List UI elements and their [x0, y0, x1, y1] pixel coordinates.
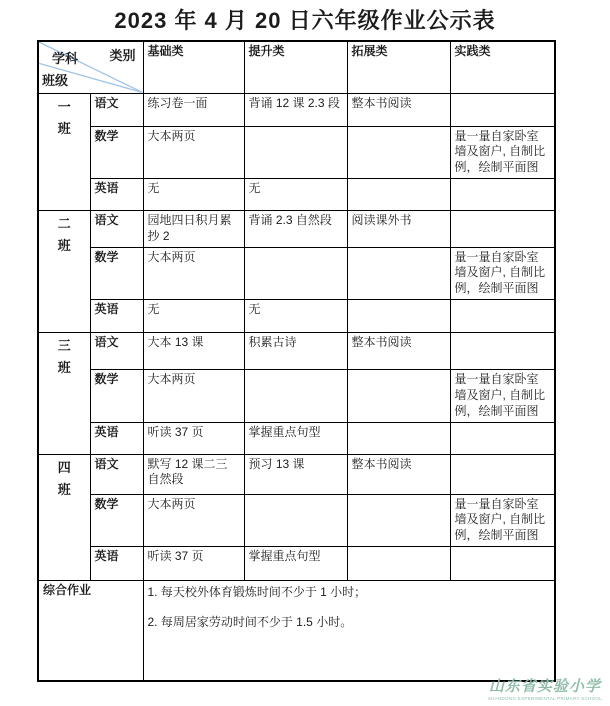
homework-cell [347, 300, 450, 333]
column-header-expand: 拓展类 [347, 41, 450, 93]
homework-cell [347, 422, 450, 454]
homework-cell: 掌握重点句型 [244, 547, 347, 581]
homework-cell: 阅读课外书 [347, 210, 450, 247]
homework-cell: 无 [244, 178, 347, 210]
corner-label-subject: 学科 [52, 50, 78, 67]
summary-row: 综合作业 1. 每天校外体育锻炼时间不少于 1 小时； 2. 每周居家劳动时间不… [38, 581, 555, 681]
subject-label: 数学 [90, 247, 143, 299]
homework-cell: 练习卷一面 [143, 93, 244, 126]
column-header-practice: 实践类 [450, 41, 555, 93]
homework-cell [244, 494, 347, 546]
homework-cell: 量一量自家卧室墙及窗户, 自制比例，绘制平面图 [450, 126, 555, 178]
homework-cell [347, 547, 450, 581]
school-watermark: 山东省实验小学 SHANDONG EXPERIMENTAL PRIMARY SC… [488, 679, 602, 702]
subject-label: 数学 [90, 370, 143, 422]
homework-cell [244, 247, 347, 299]
corner-label-class: 班级 [42, 72, 68, 89]
homework-cell [347, 126, 450, 178]
homework-cell [347, 494, 450, 546]
homework-cell: 无 [244, 300, 347, 333]
homework-cell: 大本 13 课 [143, 333, 244, 370]
homework-cell: 听读 37 页 [143, 547, 244, 581]
table-row: 英语 无 无 [38, 300, 555, 333]
homework-cell [450, 547, 555, 581]
table-row: 数学 大本两页 量一量自家卧室墙及窗户, 自制比例，绘制平面图 [38, 494, 555, 546]
homework-cell [450, 178, 555, 210]
table-row: 四班 语文 默写 12 课二三自然段 预习 13 课 整本书阅读 [38, 454, 555, 494]
homework-cell [450, 422, 555, 454]
class-label: 四班 [38, 454, 90, 580]
homework-cell: 积累古诗 [244, 333, 347, 370]
table-row: 数学 大本两页 量一量自家卧室墙及窗户, 自制比例，绘制平面图 [38, 247, 555, 299]
table-row: 英语 听读 37 页 掌握重点句型 [38, 547, 555, 581]
table-row: 三班 语文 大本 13 课 积累古诗 整本书阅读 [38, 333, 555, 370]
homework-cell: 背诵 2.3 自然段 [244, 210, 347, 247]
homework-cell: 大本两页 [143, 494, 244, 546]
subject-label: 语文 [90, 93, 143, 126]
watermark-chinese-name: 山东省实验小学 [488, 679, 602, 696]
homework-cell: 量一量自家卧室墙及窗户, 自制比例，绘制平面图 [450, 494, 555, 546]
homework-cell [450, 333, 555, 370]
subject-label: 数学 [90, 494, 143, 546]
homework-cell: 整本书阅读 [347, 454, 450, 494]
homework-cell [244, 370, 347, 422]
summary-item: 2. 每周居家劳动时间不少于 1.5 小时。 [148, 615, 551, 631]
subject-label: 英语 [90, 422, 143, 454]
page-title: 2023 年 4 月 20 日六年级作业公示表 [0, 4, 610, 35]
homework-cell [450, 300, 555, 333]
subject-label: 语文 [90, 454, 143, 494]
table-row: 一班 语文 练习卷一面 背诵 12 课 2.3 段 整本书阅读 [38, 93, 555, 126]
homework-cell: 大本两页 [143, 370, 244, 422]
homework-cell [347, 178, 450, 210]
column-header-basic: 基础类 [143, 41, 244, 93]
homework-cell: 预习 13 课 [244, 454, 347, 494]
homework-cell: 默写 12 课二三自然段 [143, 454, 244, 494]
homework-cell: 量一量自家卧室墙及窗户, 自制比例，绘制平面图 [450, 247, 555, 299]
homework-cell: 无 [143, 300, 244, 333]
homework-cell: 大本两页 [143, 247, 244, 299]
corner-cell: 学科 类别 班级 [38, 41, 143, 93]
table-row: 英语 听读 37 页 掌握重点句型 [38, 422, 555, 454]
summary-label: 综合作业 [38, 581, 143, 681]
homework-cell: 园地四日积月累抄 2 [143, 210, 244, 247]
table-row: 二班 语文 园地四日积月累抄 2 背诵 2.3 自然段 阅读课外书 [38, 210, 555, 247]
homework-cell: 听读 37 页 [143, 422, 244, 454]
homework-cell [450, 93, 555, 126]
summary-item: 1. 每天校外体育锻炼时间不少于 1 小时； [148, 585, 551, 601]
homework-cell [244, 126, 347, 178]
homework-cell: 无 [143, 178, 244, 210]
homework-cell: 背诵 12 课 2.3 段 [244, 93, 347, 126]
table-row: 数学 大本两页 量一量自家卧室墙及窗户, 自制比例，绘制平面图 [38, 370, 555, 422]
class-label: 一班 [38, 93, 90, 210]
homework-table: 学科 类别 班级 基础类 提升类 拓展类 实践类 一班 语文 练习卷一面 背诵 … [37, 40, 556, 682]
header-row: 学科 类别 班级 基础类 提升类 拓展类 实践类 [38, 41, 555, 93]
subject-label: 数学 [90, 126, 143, 178]
class-label: 二班 [38, 210, 90, 332]
table-row: 数学 大本两页 量一量自家卧室墙及窗户, 自制比例，绘制平面图 [38, 126, 555, 178]
summary-content: 1. 每天校外体育锻炼时间不少于 1 小时； 2. 每周居家劳动时间不少于 1.… [143, 581, 555, 681]
homework-cell [347, 247, 450, 299]
homework-cell: 掌握重点句型 [244, 422, 347, 454]
watermark-english-name: SHANDONG EXPERIMENTAL PRIMARY SCHOOL [488, 696, 602, 702]
column-header-improve: 提升类 [244, 41, 347, 93]
class-label: 三班 [38, 333, 90, 454]
table-row: 英语 无 无 [38, 178, 555, 210]
homework-cell: 大本两页 [143, 126, 244, 178]
homework-cell [347, 370, 450, 422]
homework-cell [450, 210, 555, 247]
corner-label-category: 类别 [109, 47, 135, 64]
subject-label: 英语 [90, 178, 143, 210]
homework-cell: 整本书阅读 [347, 93, 450, 126]
homework-cell: 整本书阅读 [347, 333, 450, 370]
subject-label: 英语 [90, 300, 143, 333]
subject-label: 英语 [90, 547, 143, 581]
subject-label: 语文 [90, 210, 143, 247]
homework-cell [450, 454, 555, 494]
subject-label: 语文 [90, 333, 143, 370]
homework-cell: 量一量自家卧室墙及窗户, 自制比例，绘制平面图 [450, 370, 555, 422]
